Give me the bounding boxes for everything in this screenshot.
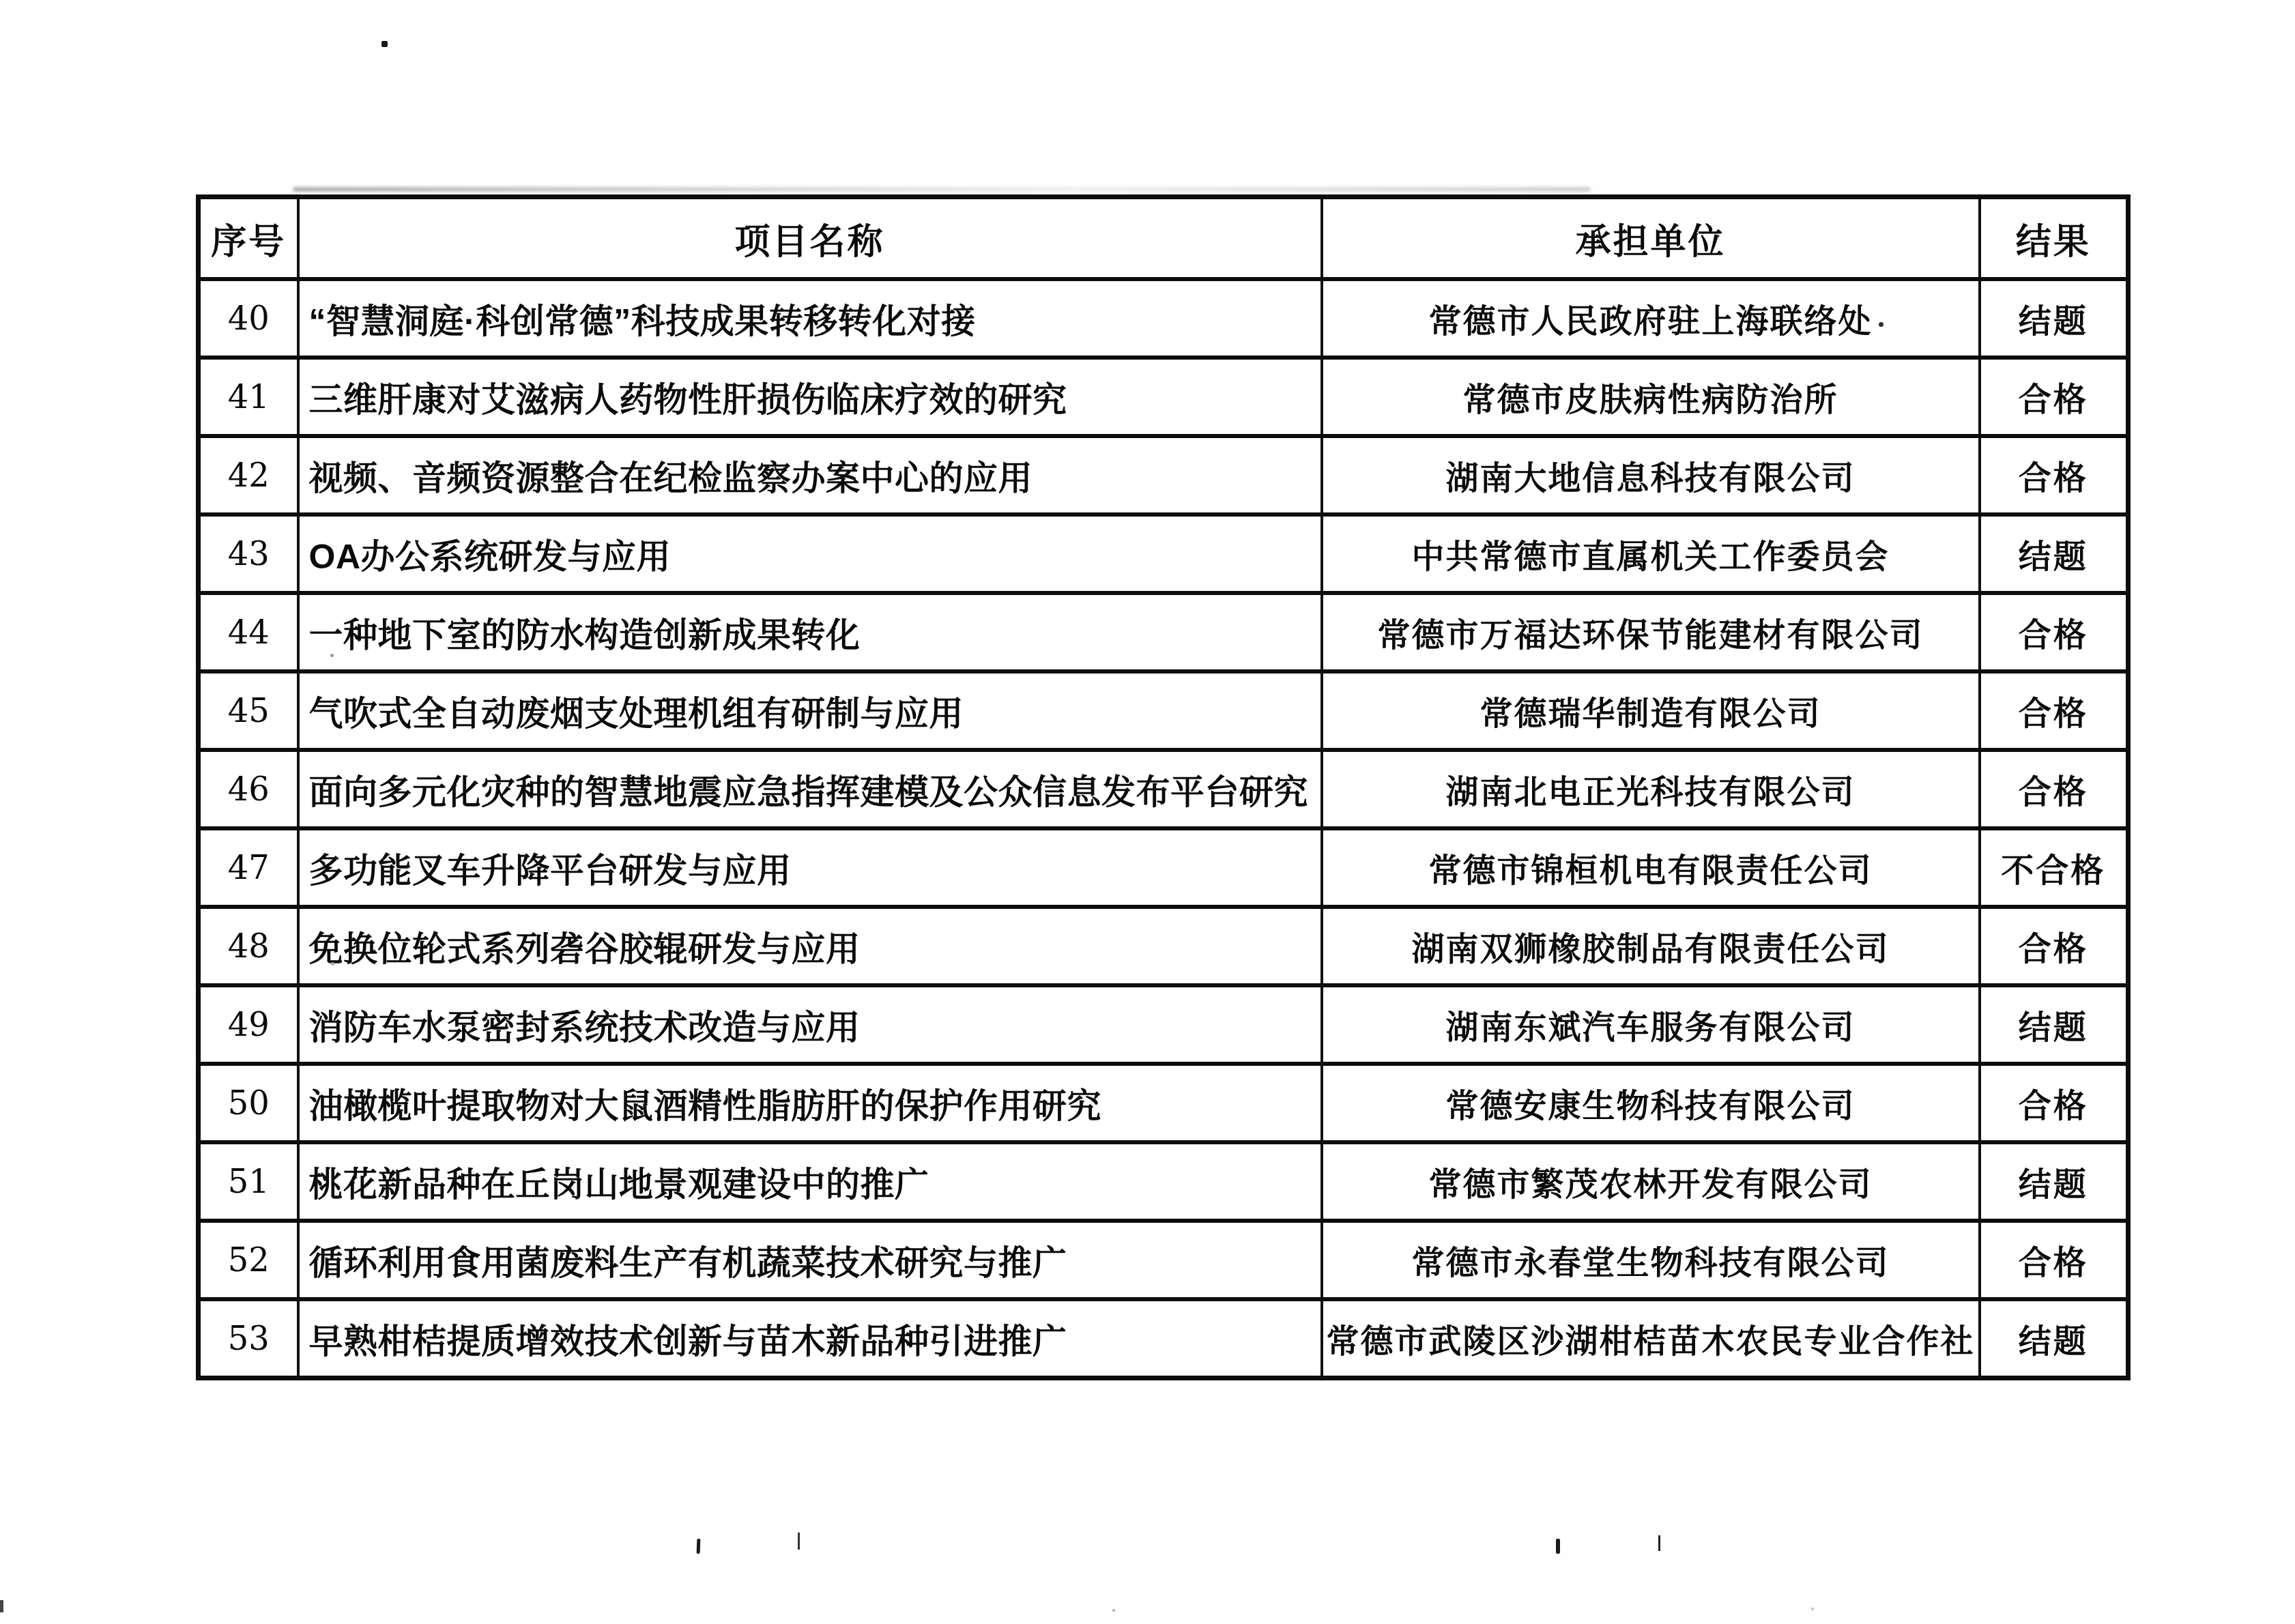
table-row: 42 视频、音频资源整合在纪检监察办案中心的应用 湖南大地信息科技有限公司 合格	[199, 436, 2128, 514]
cell-project-name: 三维肝康对艾滋病人药物性肝损伤临床疗效的研究	[298, 358, 1322, 436]
header-result: 结果	[1980, 197, 2128, 280]
cell-org: 常德市人民政府驻上海联络处	[1322, 279, 1980, 358]
cell-project-name: 气吹式全自动废烟支处理机组有研制与应用	[298, 671, 1322, 750]
scan-speck	[0, 1600, 3, 1612]
scan-speck	[1556, 1539, 1560, 1554]
cell-result: 结题	[1980, 514, 2128, 593]
cell-no: 49	[199, 985, 298, 1064]
scan-speck	[381, 41, 388, 47]
cell-no: 41	[199, 358, 298, 436]
cell-org: 湖南东斌汽车服务有限公司	[1322, 985, 1980, 1064]
cell-org: 常德市皮肤病性病防治所	[1322, 358, 1980, 436]
cell-no: 43	[199, 514, 298, 593]
cell-project-name: 面向多元化灾种的智慧地震应急指挥建模及公众信息发布平台研究	[298, 750, 1322, 828]
cell-no: 40	[199, 279, 298, 358]
table-row: 41 三维肝康对艾滋病人药物性肝损伤临床疗效的研究 常德市皮肤病性病防治所 合格	[199, 358, 2128, 436]
cell-result: 合格	[1980, 593, 2128, 671]
cell-project-name: 桃花新品种在丘岗山地景观建设中的推广	[298, 1142, 1322, 1221]
table-row: 51 桃花新品种在丘岗山地景观建设中的推广 常德市繁茂农林开发有限公司 结题	[199, 1142, 2128, 1221]
cell-project-name: 油橄榄叶提取物对大鼠酒精性脂肪肝的保护作用研究	[298, 1064, 1322, 1142]
cell-no: 45	[199, 671, 298, 750]
header-project-name: 项目名称	[298, 197, 1322, 280]
table-row: 43 OA办公系统研发与应用 中共常德市直属机关工作委员会 结题	[199, 514, 2128, 593]
scanned-document-page: 序号 项目名称 承担单位 结果 40 “智慧洞庭·科创常德”科技成果转移转化对接…	[0, 0, 2295, 1624]
header-row: 序号 项目名称 承担单位 结果	[199, 197, 2128, 280]
header-no: 序号	[199, 197, 298, 280]
cell-no: 50	[199, 1064, 298, 1142]
cell-org: 湖南双狮橡胶制品有限责任公司	[1322, 907, 1980, 985]
cell-project-name: 多功能叉车升降平台研发与应用	[298, 828, 1322, 907]
cell-org: 常德市锦桓机电有限责任公司	[1322, 828, 1980, 907]
cell-result: 合格	[1980, 1064, 2128, 1142]
cell-no: 53	[199, 1299, 298, 1378]
cell-no: 44	[199, 593, 298, 671]
scan-speck	[1112, 1609, 1115, 1612]
cell-result: 结题	[1980, 1142, 2128, 1221]
scan-speck	[798, 1533, 800, 1550]
table-row: 49 消防车水泵密封系统技术改造与应用 湖南东斌汽车服务有限公司 结题	[199, 985, 2128, 1064]
cell-no: 47	[199, 828, 298, 907]
cell-project-name: 免换位轮式系列砻谷胶辊研发与应用	[298, 907, 1322, 985]
cell-org: 常德瑞华制造有限公司	[1322, 671, 1980, 750]
cell-no: 42	[199, 436, 298, 514]
cell-project-name: 视频、音频资源整合在纪检监察办案中心的应用	[298, 436, 1322, 514]
cell-result: 合格	[1980, 671, 2128, 750]
cell-org: 中共常德市直属机关工作委员会	[1322, 514, 1980, 593]
scan-speck	[1879, 322, 1883, 327]
cell-org: 常德市永春堂生物科技有限公司	[1322, 1221, 1980, 1299]
scan-speck	[697, 1539, 701, 1554]
table-row: 48 免换位轮式系列砻谷胶辊研发与应用 湖南双狮橡胶制品有限责任公司 合格	[199, 907, 2128, 985]
cell-result: 合格	[1980, 750, 2128, 828]
table-row: 40 “智慧洞庭·科创常德”科技成果转移转化对接 常德市人民政府驻上海联络处 结…	[199, 279, 2128, 358]
cell-org: 常德市繁茂农林开发有限公司	[1322, 1142, 1980, 1221]
cell-result: 合格	[1980, 358, 2128, 436]
table-row: 45 气吹式全自动废烟支处理机组有研制与应用 常德瑞华制造有限公司 合格	[199, 671, 2128, 750]
cell-org: 常德市武陵区沙湖柑桔苗木农民专业合作社	[1322, 1299, 1980, 1378]
cell-result: 结题	[1980, 279, 2128, 358]
project-results-table: 序号 项目名称 承担单位 结果 40 “智慧洞庭·科创常德”科技成果转移转化对接…	[196, 194, 2131, 1380]
cell-project-name: “智慧洞庭·科创常德”科技成果转移转化对接	[298, 279, 1322, 358]
cell-result: 结题	[1980, 1299, 2128, 1378]
cell-no: 48	[199, 907, 298, 985]
cell-project-name: 一种地下室的防水构造创新成果转化	[298, 593, 1322, 671]
table-row: 50 油橄榄叶提取物对大鼠酒精性脂肪肝的保护作用研究 常德安康生物科技有限公司 …	[199, 1064, 2128, 1142]
cell-result: 合格	[1980, 907, 2128, 985]
scan-smudge	[293, 187, 1590, 192]
cell-project-name: OA办公系统研发与应用	[298, 514, 1322, 593]
scan-speck	[1811, 1608, 1814, 1610]
scan-speck	[330, 654, 334, 657]
cell-result: 合格	[1980, 1221, 2128, 1299]
table-row: 52 循环利用食用菌废料生产有机蔬菜技术研究与推广 常德市永春堂生物科技有限公司…	[199, 1221, 2128, 1299]
cell-org: 常德安康生物科技有限公司	[1322, 1064, 1980, 1142]
cell-no: 46	[199, 750, 298, 828]
header-org: 承担单位	[1322, 197, 1980, 280]
cell-project-name: 循环利用食用菌废料生产有机蔬菜技术研究与推广	[298, 1221, 1322, 1299]
cell-org: 湖南北电正光科技有限公司	[1322, 750, 1980, 828]
cell-org: 常德市万福达环保节能建材有限公司	[1322, 593, 1980, 671]
cell-org: 湖南大地信息科技有限公司	[1322, 436, 1980, 514]
cell-result: 合格	[1980, 436, 2128, 514]
table-row: 47 多功能叉车升降平台研发与应用 常德市锦桓机电有限责任公司 不合格	[199, 828, 2128, 907]
table-row: 53 早熟柑桔提质增效技术创新与苗木新品种引进推广 常德市武陵区沙湖柑桔苗木农民…	[199, 1299, 2128, 1378]
scan-speck	[1658, 1535, 1660, 1551]
table-row: 46 面向多元化灾种的智慧地震应急指挥建模及公众信息发布平台研究 湖南北电正光科…	[199, 750, 2128, 828]
cell-no: 52	[199, 1221, 298, 1299]
cell-result: 结题	[1980, 985, 2128, 1064]
cell-project-name: 消防车水泵密封系统技术改造与应用	[298, 985, 1322, 1064]
table-row: 44 一种地下室的防水构造创新成果转化 常德市万福达环保节能建材有限公司 合格	[199, 593, 2128, 671]
cell-result: 不合格	[1980, 828, 2128, 907]
cell-project-name: 早熟柑桔提质增效技术创新与苗木新品种引进推广	[298, 1299, 1322, 1378]
cell-no: 51	[199, 1142, 298, 1221]
scan-speck	[331, 962, 334, 966]
